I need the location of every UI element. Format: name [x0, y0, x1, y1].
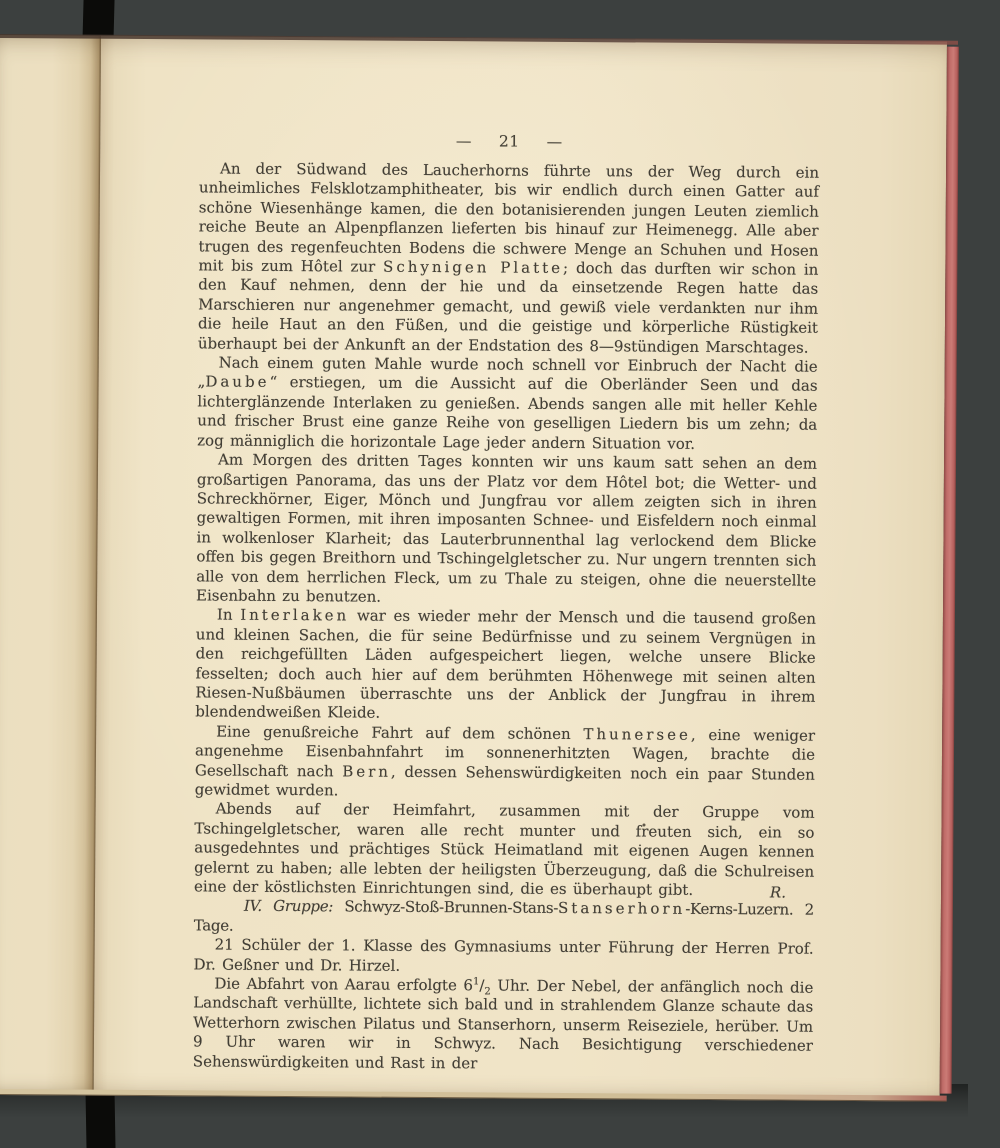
open-book: — 21 — An der Südwand des Laucherhorns f… — [0, 35, 959, 1098]
paragraph: Nach einem guten Mahle wurde noch schnel… — [197, 353, 818, 454]
text-run: In — [217, 606, 240, 624]
paragraph: 21 Schüler der 1. Klasse des Gymnasiums … — [193, 936, 813, 979]
paragraph: IV. Gruppe: Schwyz-Stoß-Brunnen-Stans-St… — [194, 897, 814, 940]
text-run: 21 Schüler der 1. Klasse des Gymnasiums … — [193, 936, 813, 975]
text-run: Schwyz-Stoß-Brunnen-Stans- — [333, 898, 558, 918]
paragraph: Eine genußreiche Fahrt auf dem schönen T… — [195, 722, 816, 804]
text-run: Interlaken — [240, 606, 349, 625]
text-run: IV. Gruppe: — [244, 897, 333, 916]
paragraph: Am Morgen des dritten Tages konnten wir … — [196, 450, 817, 610]
page-number-value: 21 — [499, 132, 520, 150]
photo-background: — 21 — An der Südwand des Laucherhorns f… — [0, 0, 1000, 1148]
text-run: “ erstiegen, um die Aussicht auf die Obe… — [197, 373, 818, 452]
text-run: Thunersee — [583, 725, 691, 744]
bookmark-ribbon-bottom — [85, 1090, 115, 1148]
text-run: Die Abfahrt von Aarau erfolgte 6 — [214, 975, 473, 995]
page-number-dash-left: — — [456, 132, 472, 150]
text-run: Daube — [205, 373, 269, 391]
facing-page-edge — [0, 35, 101, 1092]
ink-speck — [642, 824, 645, 827]
text-run: Eine genußreiche Fahrt auf dem schönen — [216, 722, 583, 743]
paragraph: An der Südwand des Laucherhorns führte u… — [198, 159, 819, 357]
page-number: — 21 — — [199, 130, 819, 152]
book-page: — 21 — An der Südwand des Laucherhorns f… — [94, 36, 947, 1098]
text-run: Bern — [342, 762, 391, 780]
paragraph: Abends auf der Heimfahrt, zusammen mit d… — [194, 800, 815, 901]
text-run: Schynigen Platte — [383, 258, 563, 277]
text-run: Am Morgen des dritten Tages konnten wir … — [196, 451, 817, 606]
text-run: Stanserhorn — [558, 899, 685, 918]
paragraph: Die Abfahrt von Aarau erfolgte 61/2 Uhr.… — [193, 974, 814, 1075]
paragraph: In Interlaken war es wieder mehr der Men… — [195, 606, 816, 727]
page-number-dash-right: — — [547, 133, 563, 151]
text-block: An der Südwand des Laucherhorns führte u… — [193, 159, 819, 1075]
text-run: Abends auf der Heimfahrt, zusammen mit d… — [194, 800, 815, 899]
scene: { "page": { "header": { "dash_left": "—"… — [0, 0, 1000, 1148]
